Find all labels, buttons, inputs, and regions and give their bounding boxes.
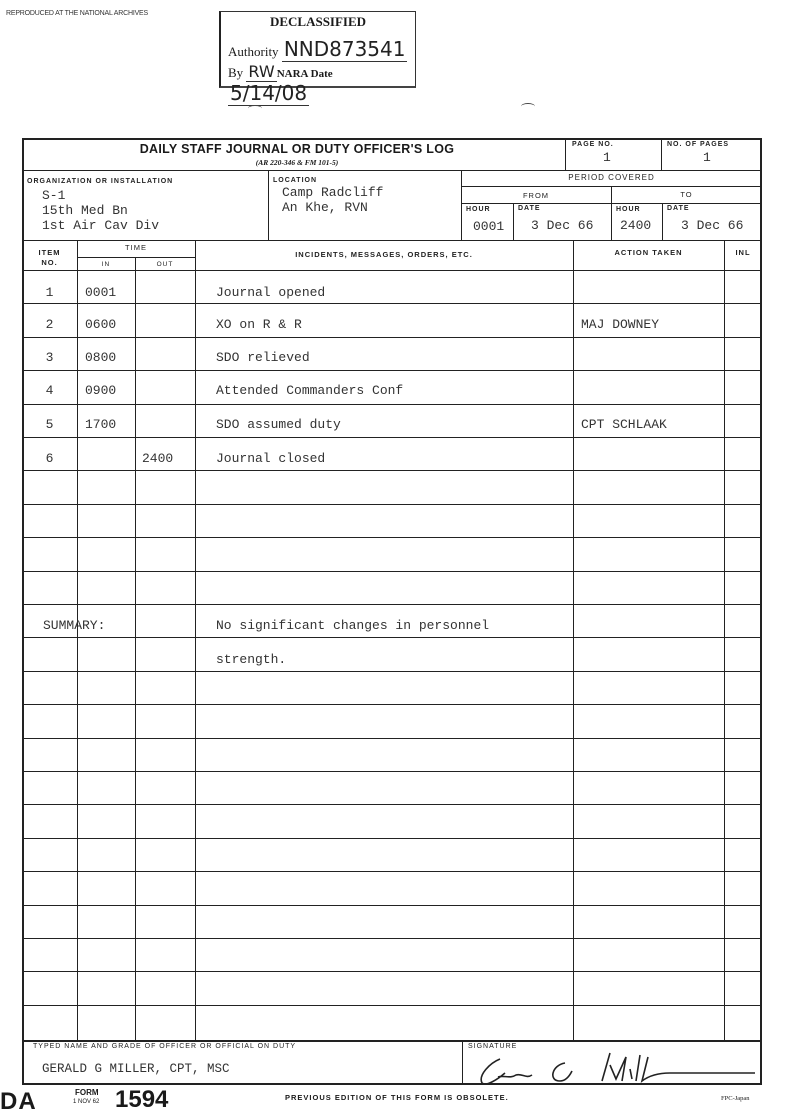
obsolete-note: PREVIOUS EDITION OF THIS FORM IS OBSOLET…	[285, 1093, 509, 1102]
no-of-pages-label: NO. OF PAGES	[667, 141, 729, 148]
page-no-value: 1	[603, 150, 611, 165]
stamp-date-value: 5/14/08	[228, 81, 309, 106]
summary-line: No significant changes in personnel	[216, 618, 489, 633]
row-divider	[22, 337, 762, 338]
row-divider	[22, 838, 762, 839]
no-of-pages-value: 1	[703, 150, 711, 165]
from-date-value: 3 Dec 66	[531, 218, 593, 233]
punch-mark	[521, 103, 535, 110]
page-no-label: PAGE NO.	[572, 141, 614, 148]
row-divider	[22, 971, 762, 972]
row-divider	[22, 704, 762, 705]
row-divider	[22, 504, 762, 505]
declassified-stamp: DECLASSIFIED Authority NND873541 By RWNA…	[219, 11, 416, 88]
row-divider	[22, 270, 762, 271]
row-divider	[22, 537, 762, 538]
inl-header: INL	[724, 248, 762, 257]
archive-note: REPRODUCED AT THE NATIONAL ARCHIVES	[6, 10, 148, 17]
printer-note: FPC-Japan	[721, 1095, 750, 1102]
stamp-authority-label: Authority	[228, 44, 279, 59]
organization-line: S-1	[42, 188, 159, 203]
stamp-by-value: RW	[246, 62, 276, 82]
stamp-title: DECLASSIFIED	[221, 14, 415, 30]
row-divider	[22, 1005, 762, 1006]
row-divider	[22, 905, 762, 906]
to-hour-label: HOUR	[616, 206, 641, 213]
row-divider	[22, 771, 762, 772]
time-out-header: OUT	[135, 261, 195, 268]
to-hour-value: 2400	[620, 218, 651, 233]
organization-line: 1st Air Cav Div	[42, 218, 159, 233]
location-line: An Khe, RVN	[282, 200, 383, 215]
time-in-header: IN	[77, 261, 135, 268]
row-divider	[22, 637, 762, 638]
form-prefix: DA	[0, 1088, 37, 1110]
from-hour-value: 0001	[473, 219, 504, 234]
row-divider	[22, 303, 762, 304]
time-header: TIME	[77, 243, 195, 252]
row-divider	[22, 804, 762, 805]
organization-label: ORGANIZATION OR INSTALLATION	[27, 178, 173, 185]
row-divider	[22, 871, 762, 872]
organization-line: 15th Med Bn	[42, 203, 159, 218]
typed-name-value: GERALD G MILLER, CPT, MSC	[42, 1062, 230, 1076]
form-number: 1594	[115, 1086, 168, 1110]
form-word: FORM	[75, 1088, 99, 1097]
row-divider	[22, 470, 762, 471]
stamp-nara-label: NARA Date	[277, 68, 333, 80]
from-label: FROM	[461, 191, 611, 200]
row-divider	[22, 671, 762, 672]
row-divider	[22, 437, 762, 438]
punch-mark	[248, 105, 262, 112]
form-date: 1 NOV 62	[73, 1099, 99, 1105]
form-footer: DA FORM 1 NOV 62 1594 PREVIOUS EDITION O…	[0, 1086, 803, 1110]
from-hour-label: HOUR	[466, 206, 491, 213]
location-label: LOCATION	[273, 177, 317, 184]
action-taken-header: ACTION TAKEN	[573, 248, 724, 257]
form-title: DAILY STAFF JOURNAL OR DUTY OFFICER'S LO…	[22, 142, 572, 156]
row-divider	[22, 604, 762, 605]
location-line: Camp Radcliff	[282, 185, 383, 200]
stamp-by-label: By	[228, 65, 243, 80]
from-date-label: DATE	[518, 205, 541, 212]
row-divider	[22, 571, 762, 572]
to-date-value: 3 Dec 66	[681, 218, 743, 233]
row-divider	[22, 404, 762, 405]
signature	[470, 1045, 760, 1087]
period-covered-label: PERIOD COVERED	[461, 173, 762, 182]
to-date-label: DATE	[667, 205, 690, 212]
row-divider	[22, 370, 762, 371]
row-divider	[22, 738, 762, 739]
item-no-header: ITEM NO.	[22, 248, 77, 268]
form-subtitle: (AR 220-346 & FM 101-5)	[22, 158, 572, 167]
incidents-header: INCIDENTS, MESSAGES, ORDERS, ETC.	[195, 250, 573, 259]
journal-form	[22, 138, 762, 1085]
to-label: TO	[611, 190, 762, 199]
row-divider	[22, 938, 762, 939]
stamp-authority-value: NND873541	[282, 37, 408, 62]
summary-label: SUMMARY:	[43, 618, 105, 633]
typed-name-label: TYPED NAME AND GRADE OF OFFICER OR OFFIC…	[33, 1043, 296, 1050]
summary-line: strength.	[216, 652, 286, 667]
